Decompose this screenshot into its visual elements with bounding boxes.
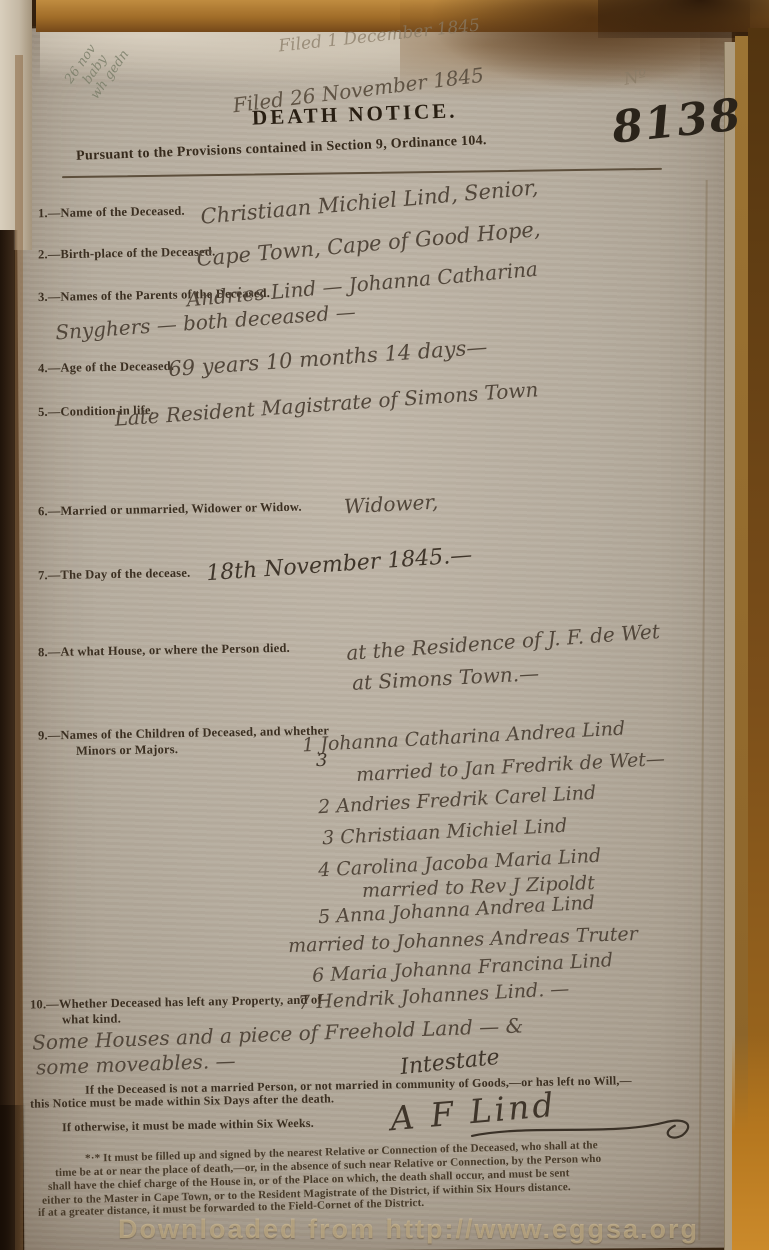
field-7-label: 7.—The Day of the decease. xyxy=(38,566,191,584)
document-photo: Filed 1 December 1845 Filed 26 November … xyxy=(0,0,769,1250)
no-mark: Nº xyxy=(622,66,648,90)
field-1-label: 1.—Name of the Deceased. xyxy=(38,204,185,222)
field-6-value: Widower, xyxy=(343,490,438,519)
book-edge-left-tan xyxy=(15,55,23,1250)
watermark: Downloaded from http://www.eggsa.org xyxy=(118,1214,699,1245)
field-9-label-line2: Minors or Majors. xyxy=(76,742,178,759)
field-4-label: 4.—Age of the Deceased. xyxy=(38,359,174,376)
stray-mark: 3 xyxy=(316,750,327,771)
book-corner-bottom-right xyxy=(732,1035,769,1250)
field-10-label-line2: what kind. xyxy=(62,1011,121,1027)
book-corner-top-right xyxy=(598,0,769,38)
book-corner-bottom-left xyxy=(0,1105,26,1250)
field-2-label: 2.—Birth-place of the Deceased. xyxy=(38,244,216,262)
